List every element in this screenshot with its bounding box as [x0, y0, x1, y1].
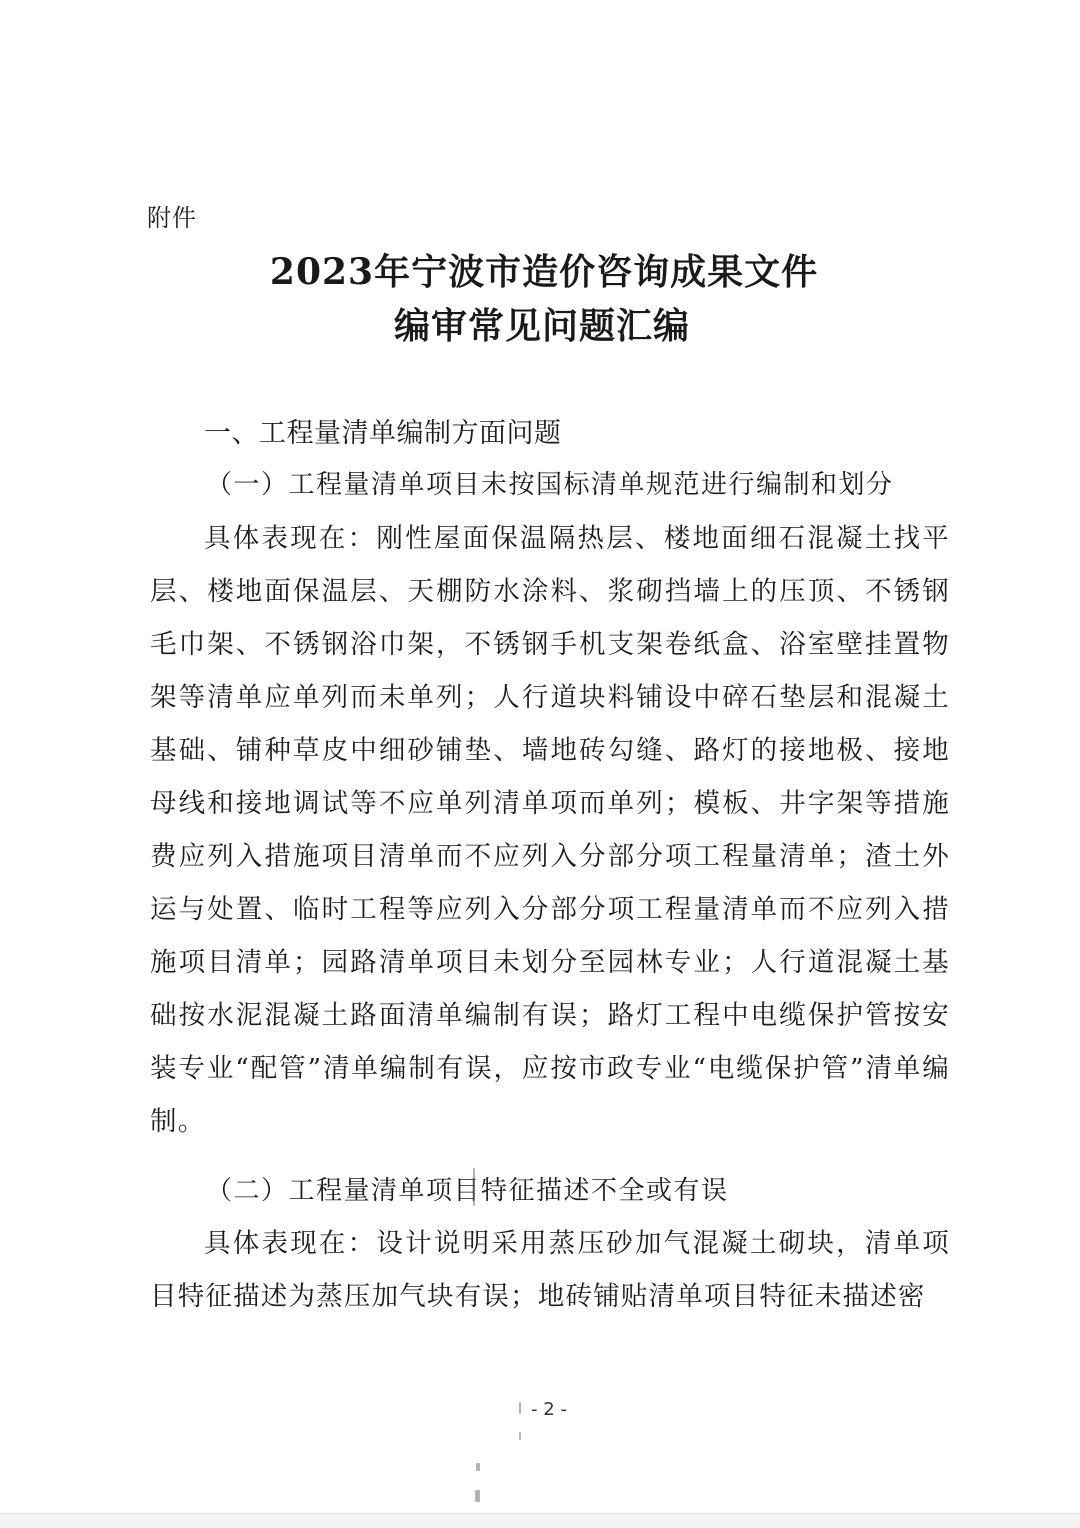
document-title-line-2: 编审常见问题汇编: [2, 298, 1080, 349]
page-number: - 2 -: [531, 1399, 567, 1420]
page-bottom-edge: [0, 1513, 1080, 1528]
attachment-label: 附件: [147, 198, 197, 233]
scan-artifact: [476, 1463, 480, 1471]
subsection-heading-2: （二）工程量清单项目特征描述不全或有误: [206, 1170, 729, 1207]
scan-artifact: [475, 1490, 480, 1502]
section-heading-1: 一、工程量清单编制方面问题: [204, 411, 562, 450]
subsection-body-1: 具体表现在：刚性屋面保温隔热层、楼地面细石混凝土找平层、楼地面保温层、天棚防水涂…: [150, 512, 950, 1148]
scan-artifact: [473, 1168, 475, 1206]
subsection-heading-1: （一）工程量清单项目未按国标清单规范进行编制和划分: [206, 464, 894, 501]
scan-artifact: [519, 1402, 521, 1414]
document-title-line-1: 2023年宁波市造价咨询成果文件: [4, 244, 1080, 295]
scan-artifact: [519, 1432, 521, 1440]
subsection-body-2: 具体表现在：设计说明采用蒸压砂加气混凝土砌块，清单项目特征描述为蒸压加气块有误；…: [150, 1217, 950, 1323]
document-page: 附件 2023年宁波市造价咨询成果文件 编审常见问题汇编 一、工程量清单编制方面…: [0, 0, 1080, 1512]
